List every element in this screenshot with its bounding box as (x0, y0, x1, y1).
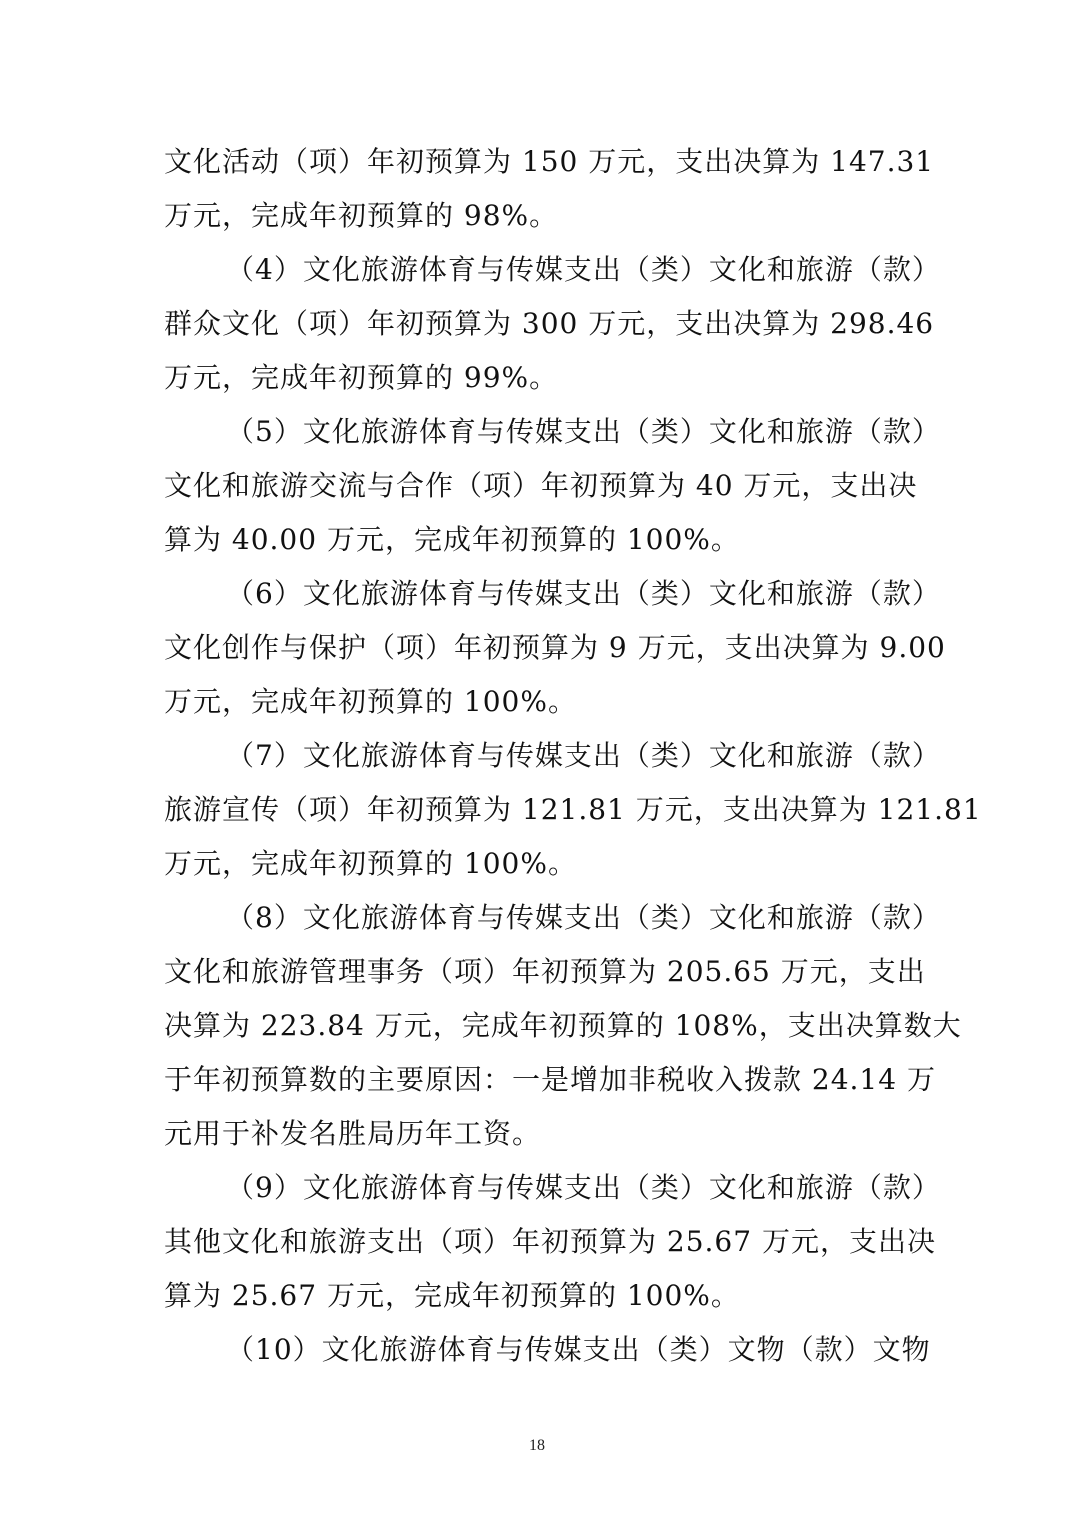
text-line: 群众文化（项）年初预算为 300 万元，支出决算为 298.46 (164, 304, 912, 344)
text-line: 于年初预算数的主要原因：一是增加非税收入拨款 24.14 万 (164, 1060, 912, 1100)
text-line: 文化创作与保护（项）年初预算为 9 万元，支出决算为 9.00 (164, 628, 912, 668)
text-line: 其他文化和旅游支出（项）年初预算为 25.67 万元，支出决 (164, 1222, 912, 1262)
text-line: 万元，完成年初预算的 100%。 (164, 844, 912, 884)
paragraph-start: （6）文化旅游体育与传媒支出（类）文化和旅游（款） (226, 574, 912, 614)
page-number: 18 (0, 1437, 1074, 1455)
paragraph-start: （8）文化旅游体育与传媒支出（类）文化和旅游（款） (226, 898, 912, 938)
text-line: 万元，完成年初预算的 99%。 (164, 358, 912, 398)
text-line: 文化活动（项）年初预算为 150 万元，支出决算为 147.31 (164, 142, 912, 182)
text-line: 旅游宣传（项）年初预算为 121.81 万元，支出决算为 121.81 (164, 790, 912, 830)
paragraph-start: （10）文化旅游体育与传媒支出（类）文物（款）文物 (226, 1330, 912, 1370)
paragraph-start: （9）文化旅游体育与传媒支出（类）文化和旅游（款） (226, 1168, 912, 1208)
document-page: 文化活动（项）年初预算为 150 万元，支出决算为 147.31 万元，完成年初… (0, 0, 1074, 1520)
paragraph-start: （4）文化旅游体育与传媒支出（类）文化和旅游（款） (226, 250, 912, 290)
text-line: 万元，完成年初预算的 98%。 (164, 196, 912, 236)
text-line: 决算为 223.84 万元，完成年初预算的 108%，支出决算数大 (164, 1006, 912, 1046)
text-line: 算为 25.67 万元，完成年初预算的 100%。 (164, 1276, 912, 1316)
text-line: 元用于补发名胜局历年工资。 (164, 1114, 912, 1154)
text-line: 算为 40.00 万元，完成年初预算的 100%。 (164, 520, 912, 560)
paragraph-start: （7）文化旅游体育与传媒支出（类）文化和旅游（款） (226, 736, 912, 776)
text-line: 文化和旅游管理事务（项）年初预算为 205.65 万元，支出 (164, 952, 912, 992)
text-line: 万元，完成年初预算的 100%。 (164, 682, 912, 722)
paragraph-start: （5）文化旅游体育与传媒支出（类）文化和旅游（款） (226, 412, 912, 452)
text-line: 文化和旅游交流与合作（项）年初预算为 40 万元，支出决 (164, 466, 912, 506)
